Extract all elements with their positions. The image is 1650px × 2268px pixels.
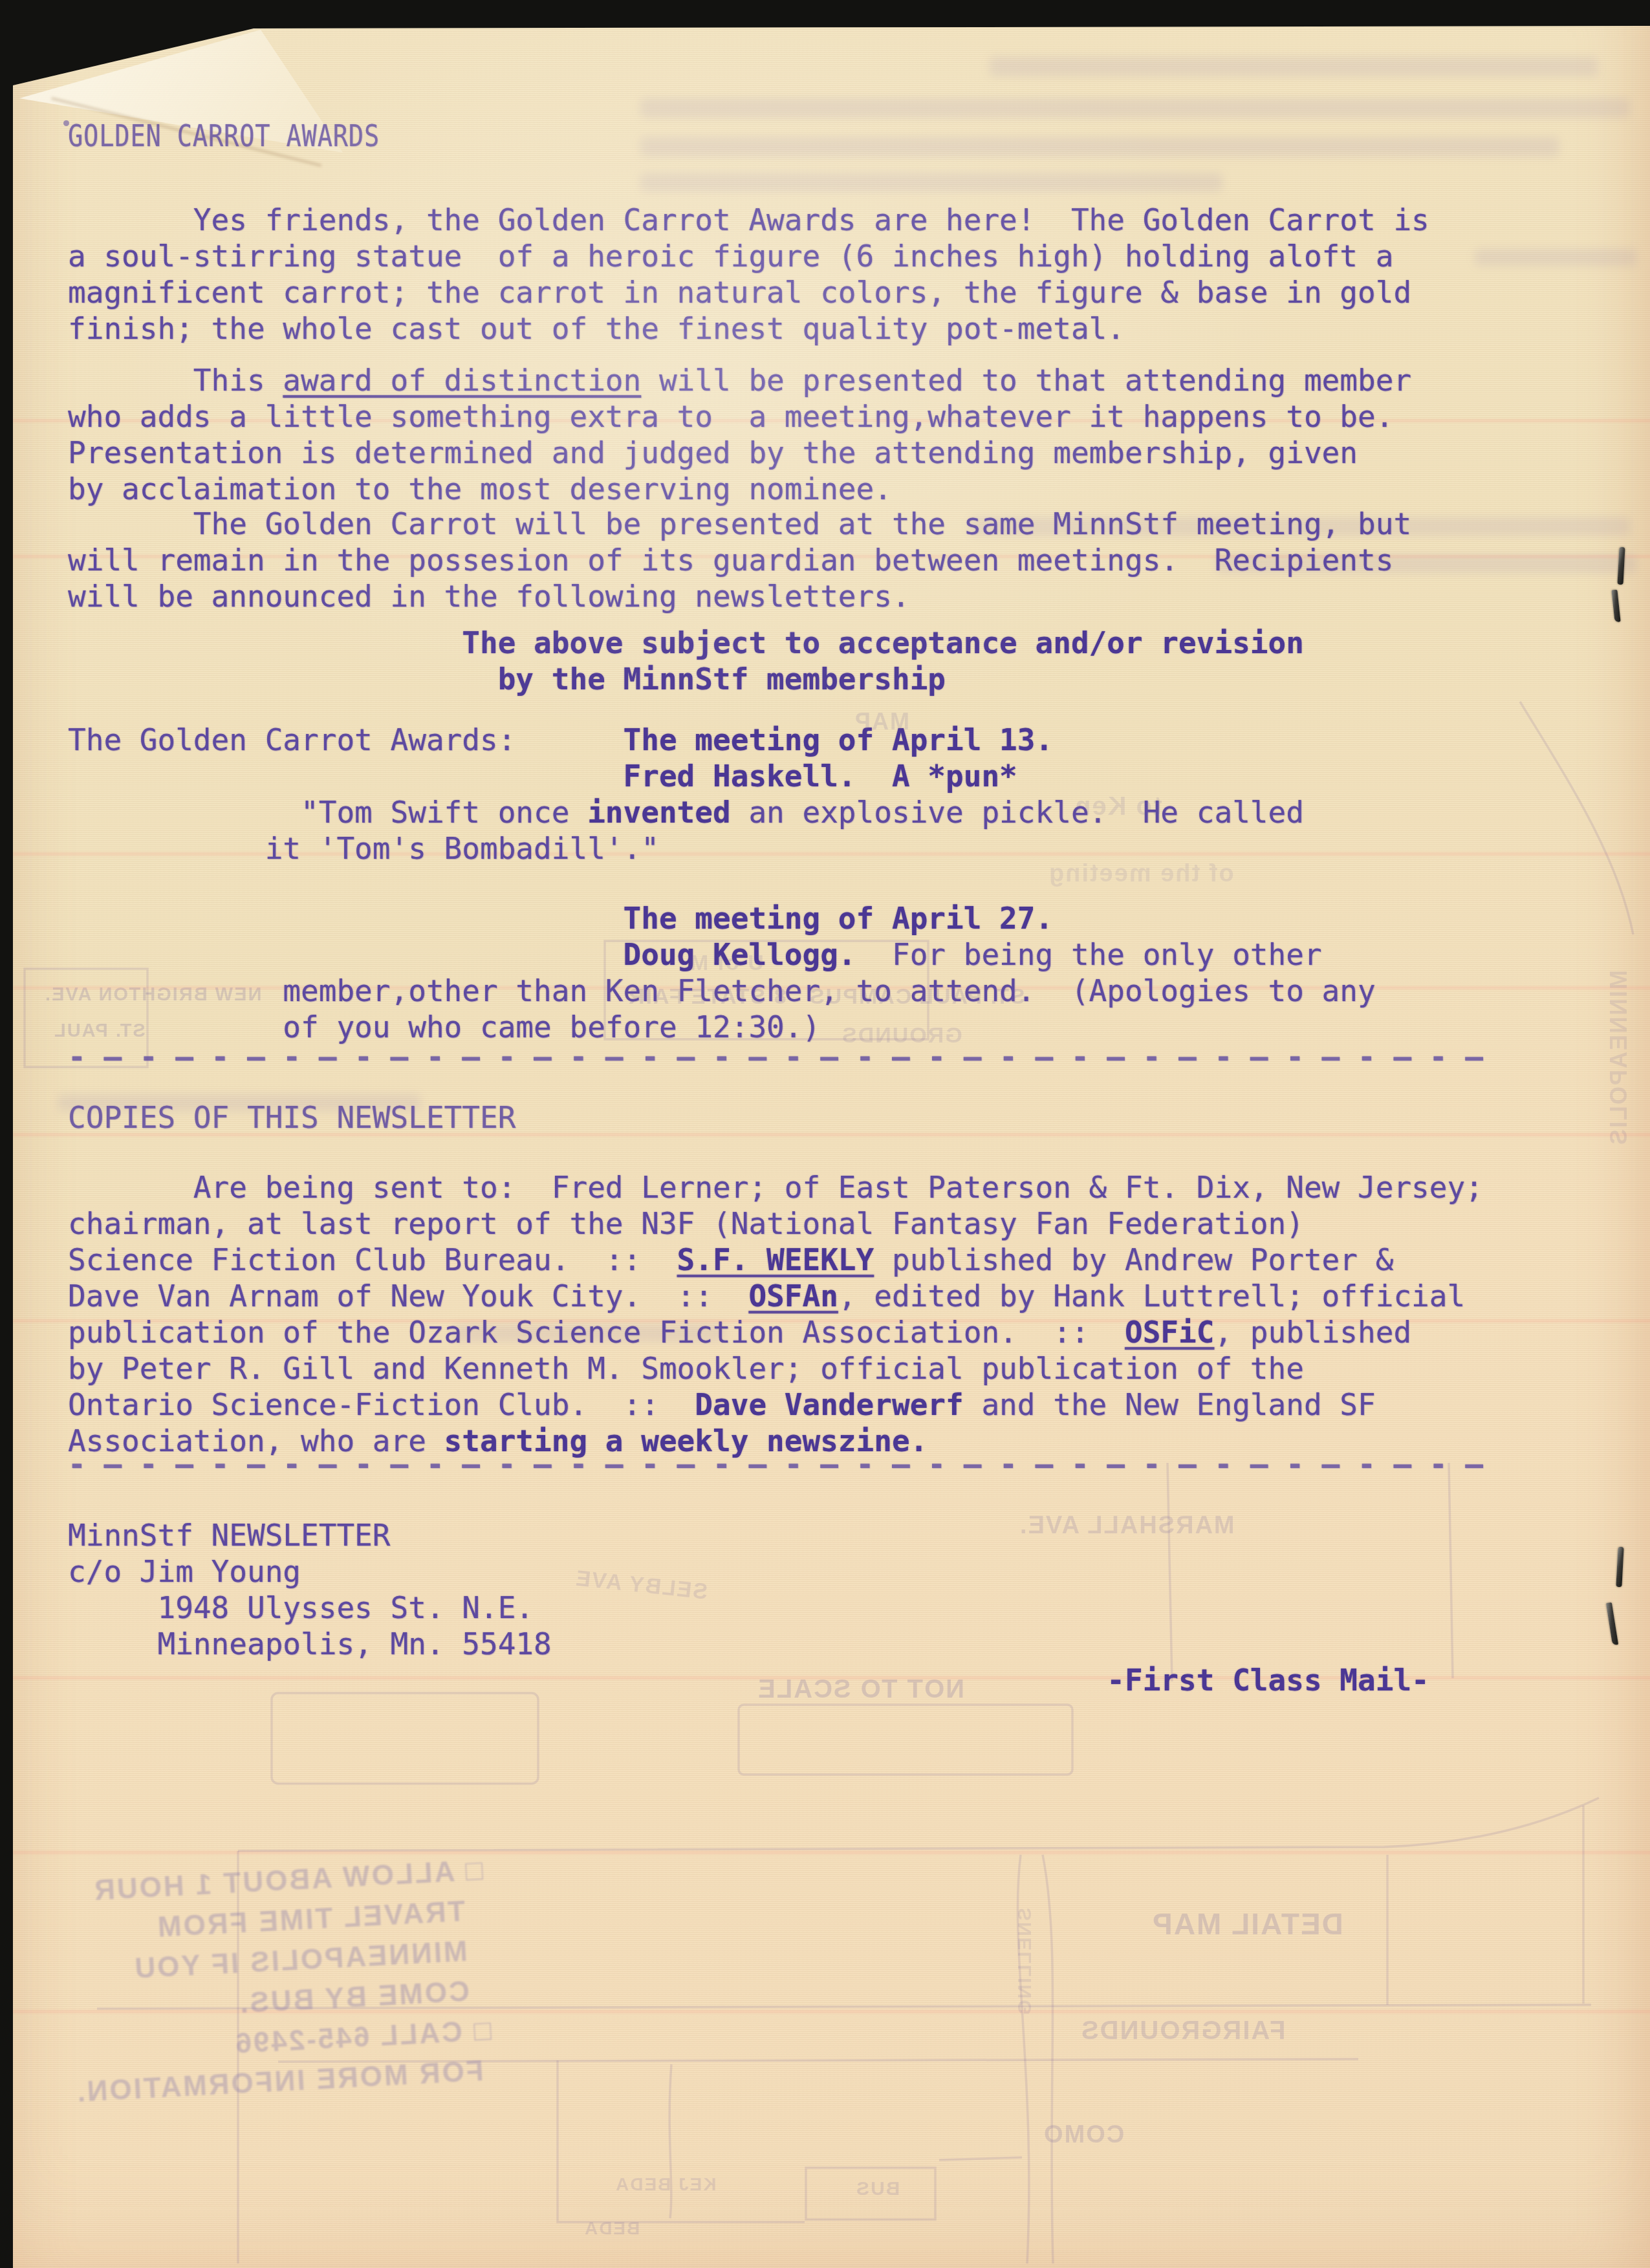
bleedthrough-smudge (640, 137, 1559, 157)
bleedthrough-label: GROUNDS (841, 1023, 962, 1048)
bleedthrough-label: DETAIL MAP (1151, 1906, 1343, 1941)
bleedthrough-label: FAIRGROUNDS (1080, 2016, 1286, 2046)
bleedthrough-label: BUS (855, 2178, 900, 2200)
bleedthrough-label: ST. PAUL CAMPUS 8 STATE FAIR (627, 984, 1025, 1010)
guardian-paragraph: The Golden Carrot will be presented at t… (68, 506, 1411, 614)
copies-heading: COPIES OF THIS NEWSLETTER (68, 1099, 516, 1136)
bleedthrough-label: COMO (1043, 2121, 1124, 2149)
subject-to-acceptance-note: The above subject to acceptance and/or r… (68, 625, 1304, 697)
bleedthrough-label: KEJ BEDA (614, 2174, 717, 2195)
bleedthrough-label: MAP (854, 708, 909, 735)
bleedthrough-label: NEW BRIGHTON AVE. (44, 984, 261, 1006)
page-heading-golden-carrot-awards: GOLDEN CARROT AWARDS (68, 118, 380, 154)
scan-streak (13, 1851, 1650, 1854)
bleedthrough-label: NOT TO SCALE (757, 1675, 964, 1704)
copies-paragraph: Are being sent to: Fred Lerner; of East … (68, 1169, 1483, 1459)
bleedthrough-label: MINNEAPOLIS (1605, 970, 1633, 1146)
bleedthrough-smudge (990, 57, 1598, 76)
bleedthrough-handwriting: □ ALLOW ABOUT 1 HOUR TRAVEL TIME FROM MI… (69, 1851, 495, 2113)
bleedthrough-label: of the meeting (1048, 860, 1234, 888)
bleedthrough-smudge (640, 173, 1222, 191)
scanner-bed: { "ink_color": "#5d49a0", "paper_color":… (0, 0, 1650, 2268)
bleedthrough-smudge (1475, 249, 1636, 266)
bleedthrough-label: to Ken (1074, 792, 1162, 821)
intro-paragraph: Yes friends, the Golden Carrot Awards ar… (68, 202, 1429, 347)
award-of-distinction-paragraph: This award of distinction will be presen… (68, 362, 1411, 507)
bleedthrough-label: BEDA (583, 2218, 640, 2239)
dashed-divider-2: - — - — - — - — - — - — - — - — - — - — … (68, 1446, 1483, 1482)
bleedthrough-label: MARSHALL AVE. (1019, 1512, 1235, 1540)
scanned-newsletter-page: □ ALLOW ABOUT 1 HOUR TRAVEL TIME FROM MI… (13, 0, 1650, 2268)
bleedthrough-label: ST. PAUL (53, 1021, 146, 1042)
bleedthrough-smudge (640, 98, 1630, 118)
bleedthrough-label: U of M (689, 951, 764, 976)
dashed-divider-1: - — - — - — - — - — - — - — - — - — - — … (68, 1039, 1483, 1075)
mailing-address-block: MinnStf NEWSLETTERc/o Jim Young 1948 Uly… (68, 1517, 1429, 1698)
bleedthrough-label: SNELLING (1014, 1908, 1036, 2016)
